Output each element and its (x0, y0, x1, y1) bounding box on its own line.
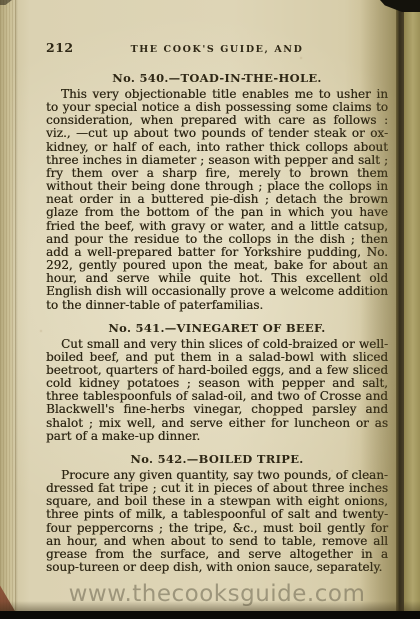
running-title: THE COOK'S GUIDE, AND (86, 44, 348, 55)
page-header: 212 THE COOK'S GUIDE, AND (46, 40, 388, 55)
recipe-540-body: This very objectionable title enables me… (46, 88, 388, 312)
binding-gutter-left (0, 0, 16, 619)
bottom-edge-shadow (0, 601, 420, 611)
recipe-542-heading: No. 542.—BOILED TRIPE. (46, 452, 388, 466)
adjacent-page-edge (404, 0, 420, 619)
recipe-540-heading: No. 540.—TOAD-IN-THE-HOLE. (46, 71, 388, 85)
recipe-541-body: Cut small and very thin slices of cold-b… (46, 338, 388, 443)
scan-bottom-border (0, 611, 420, 619)
page-edge-shade (360, 0, 396, 619)
book-page-scan: 212 THE COOK'S GUIDE, AND No. 540.—TOAD-… (0, 0, 420, 619)
recipe-541-heading: No. 541.—VINEGARET OF BEEF. (46, 321, 388, 335)
recipe-542-body: Procure any given quantity, say two poun… (46, 469, 388, 574)
page-number: 212 (46, 40, 86, 55)
page-edge-shadow (396, 0, 404, 619)
printed-page-content: 212 THE COOK'S GUIDE, AND No. 540.—TOAD-… (46, 40, 388, 574)
page-crease (15, 0, 18, 619)
recipe-540-section: No. 540.—TOAD-IN-THE-HOLE. This very obj… (46, 71, 388, 312)
recipe-541-section: No. 541.—VINEGARET OF BEEF. Cut small an… (46, 321, 388, 443)
recipe-542-section: No. 542.—BOILED TRIPE. Procure any given… (46, 452, 388, 574)
